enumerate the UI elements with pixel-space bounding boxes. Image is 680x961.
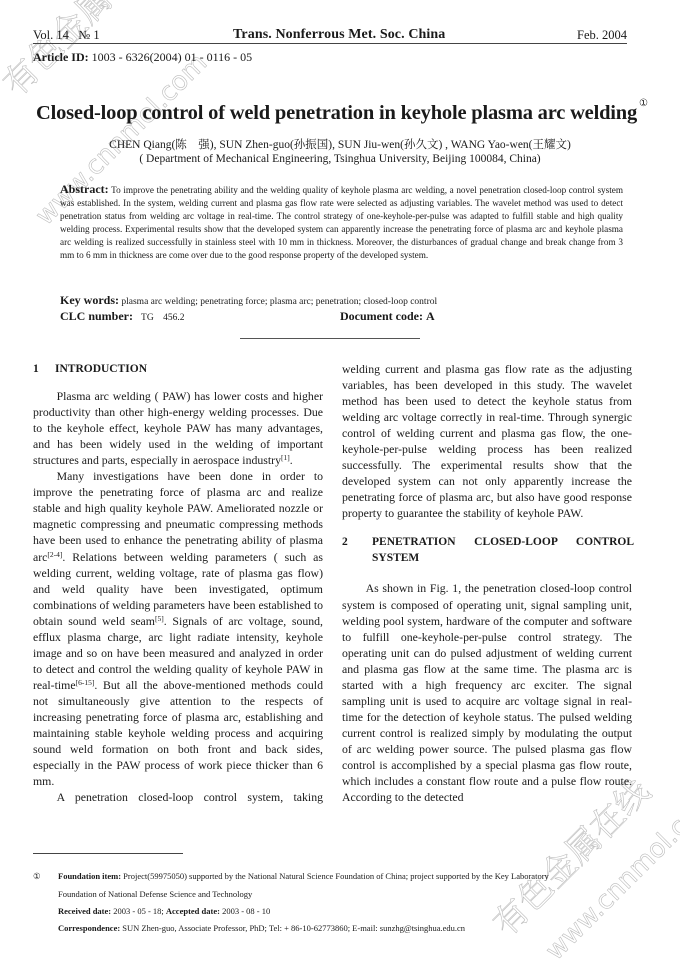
affiliation: ( Department of Mechanical Engineering, … [0, 153, 680, 165]
left-column: 1INTRODUCTION Plasma arc welding ( PAW) … [33, 361, 323, 805]
author-list: CHEN Qiang(陈 强), SUN Zhen-guo(孙振国), SUN … [0, 136, 680, 152]
paragraph-text: welding current and plasma gas flow rate… [342, 362, 632, 520]
document-code-label: Document code: [340, 309, 423, 323]
paragraph-text: As shown in Fig. 1, the penetration clos… [342, 581, 632, 804]
section-number: 2 [342, 535, 348, 550]
citation-6-15[interactable]: [6-15] [76, 678, 95, 687]
keywords: Key words: plasma arc welding; penetrati… [60, 293, 437, 308]
paragraph-text: . [290, 453, 293, 467]
section-title: INTRODUCTION [55, 363, 147, 375]
abstract: Abstract: To improve the penetrating abi… [60, 183, 623, 263]
right-column: welding current and plasma gas flow rate… [342, 361, 632, 805]
issue-number: № 1 [78, 28, 99, 42]
section-heading-system: 2 PENETRATION CLOSED-LOOP CONTROL SYSTEM [342, 535, 632, 569]
footnote-foundation: ① Foundation item: Project(59975050) sup… [33, 871, 653, 883]
paragraph-text: . But all the above-mentioned methods co… [33, 678, 323, 788]
running-header: Vol. 14 № 1 Trans. Nonferrous Met. Soc. … [33, 27, 627, 44]
article-id: Article ID: 1003 - 6326(2004) 01 - 0116 … [33, 50, 252, 65]
footnote-mark: ① [33, 871, 41, 882]
paragraph-text: Plasma arc welding ( PAW) has lower cost… [33, 389, 323, 467]
intro-paragraph-3-continued: welding current and plasma gas flow rate… [342, 361, 632, 521]
title-footnote-mark[interactable]: ① [639, 98, 648, 109]
abstract-text: To improve the penetrating ability and t… [60, 185, 623, 260]
correspondence-label: Correspondence: [58, 923, 120, 933]
clc-value: TG 456.2 [141, 313, 185, 323]
section-heading-introduction: 1INTRODUCTION [33, 361, 323, 377]
article-id-label: Article ID: [33, 50, 89, 64]
intro-paragraph-2: Many investigations have been done in or… [33, 468, 323, 789]
intro-paragraph-1: Plasma arc welding ( PAW) has lower cost… [33, 388, 323, 468]
clc-label: CLC number: [60, 309, 133, 323]
section-title-line2: SYSTEM [372, 551, 419, 566]
foundation-line-1: Foundation item: Project(59975050) suppo… [58, 871, 549, 881]
footnote-dates: Received date: 2003 - 05 - 18; Accepted … [58, 906, 270, 916]
received-label: Received date: [58, 906, 111, 916]
accepted-label: Accepted date: [166, 906, 220, 916]
footnote-foundation-line2: Foundation of National Defense Science a… [58, 889, 252, 899]
footnote-correspondence: Correspondence: SUN Zhen-guo, Associate … [58, 923, 465, 933]
accepted-value: 2003 - 08 - 10 [222, 906, 270, 916]
system-paragraph-1: As shown in Fig. 1, the penetration clos… [342, 580, 632, 805]
title-text: Closed-loop control of weld penetration … [36, 102, 637, 124]
paper-title: Closed-loop control of weld penetration … [36, 102, 648, 125]
volume: Vol. 14 [33, 28, 69, 42]
issue-date: Feb. 2004 [577, 27, 627, 43]
correspondence-value: SUN Zhen-guo, Associate Professor, PhD; … [122, 923, 465, 933]
keywords-text: plasma arc welding; penetrating force; p… [121, 297, 437, 307]
citation-1[interactable]: [1] [281, 453, 290, 462]
section-number: 1 [33, 361, 55, 377]
journal-name: Trans. Nonferrous Met. Soc. China [233, 27, 445, 43]
abstract-divider [240, 338, 420, 339]
abstract-label: Abstract: [60, 182, 109, 196]
document-code: Document code: A [340, 309, 435, 324]
article-id-value: 1003 - 6326(2004) 01 - 0116 - 05 [92, 50, 253, 64]
document-code-value: A [426, 309, 435, 323]
foundation-label: Foundation item: [58, 871, 121, 881]
foundation-text-1: Project(59975050) supported by the Natio… [123, 871, 549, 881]
paragraph-text: A penetration closed-loop control system… [57, 790, 323, 804]
citation-5[interactable]: [5] [155, 614, 164, 623]
foundation-text-2: Foundation of National Defense Science a… [58, 889, 252, 899]
received-value: 2003 - 05 - 18; [113, 906, 164, 916]
section-title-line1: PENETRATION CLOSED-LOOP CONTROL [372, 535, 634, 550]
footnote-rule [33, 853, 183, 854]
keywords-label: Key words: [60, 293, 119, 307]
volume-issue: Vol. 14 № 1 [33, 27, 100, 43]
citation-2-4[interactable]: [2-4] [47, 550, 62, 559]
intro-paragraph-3-start: A penetration closed-loop control system… [33, 789, 323, 805]
clc-number: CLC number:TG 456.2 [60, 309, 185, 324]
